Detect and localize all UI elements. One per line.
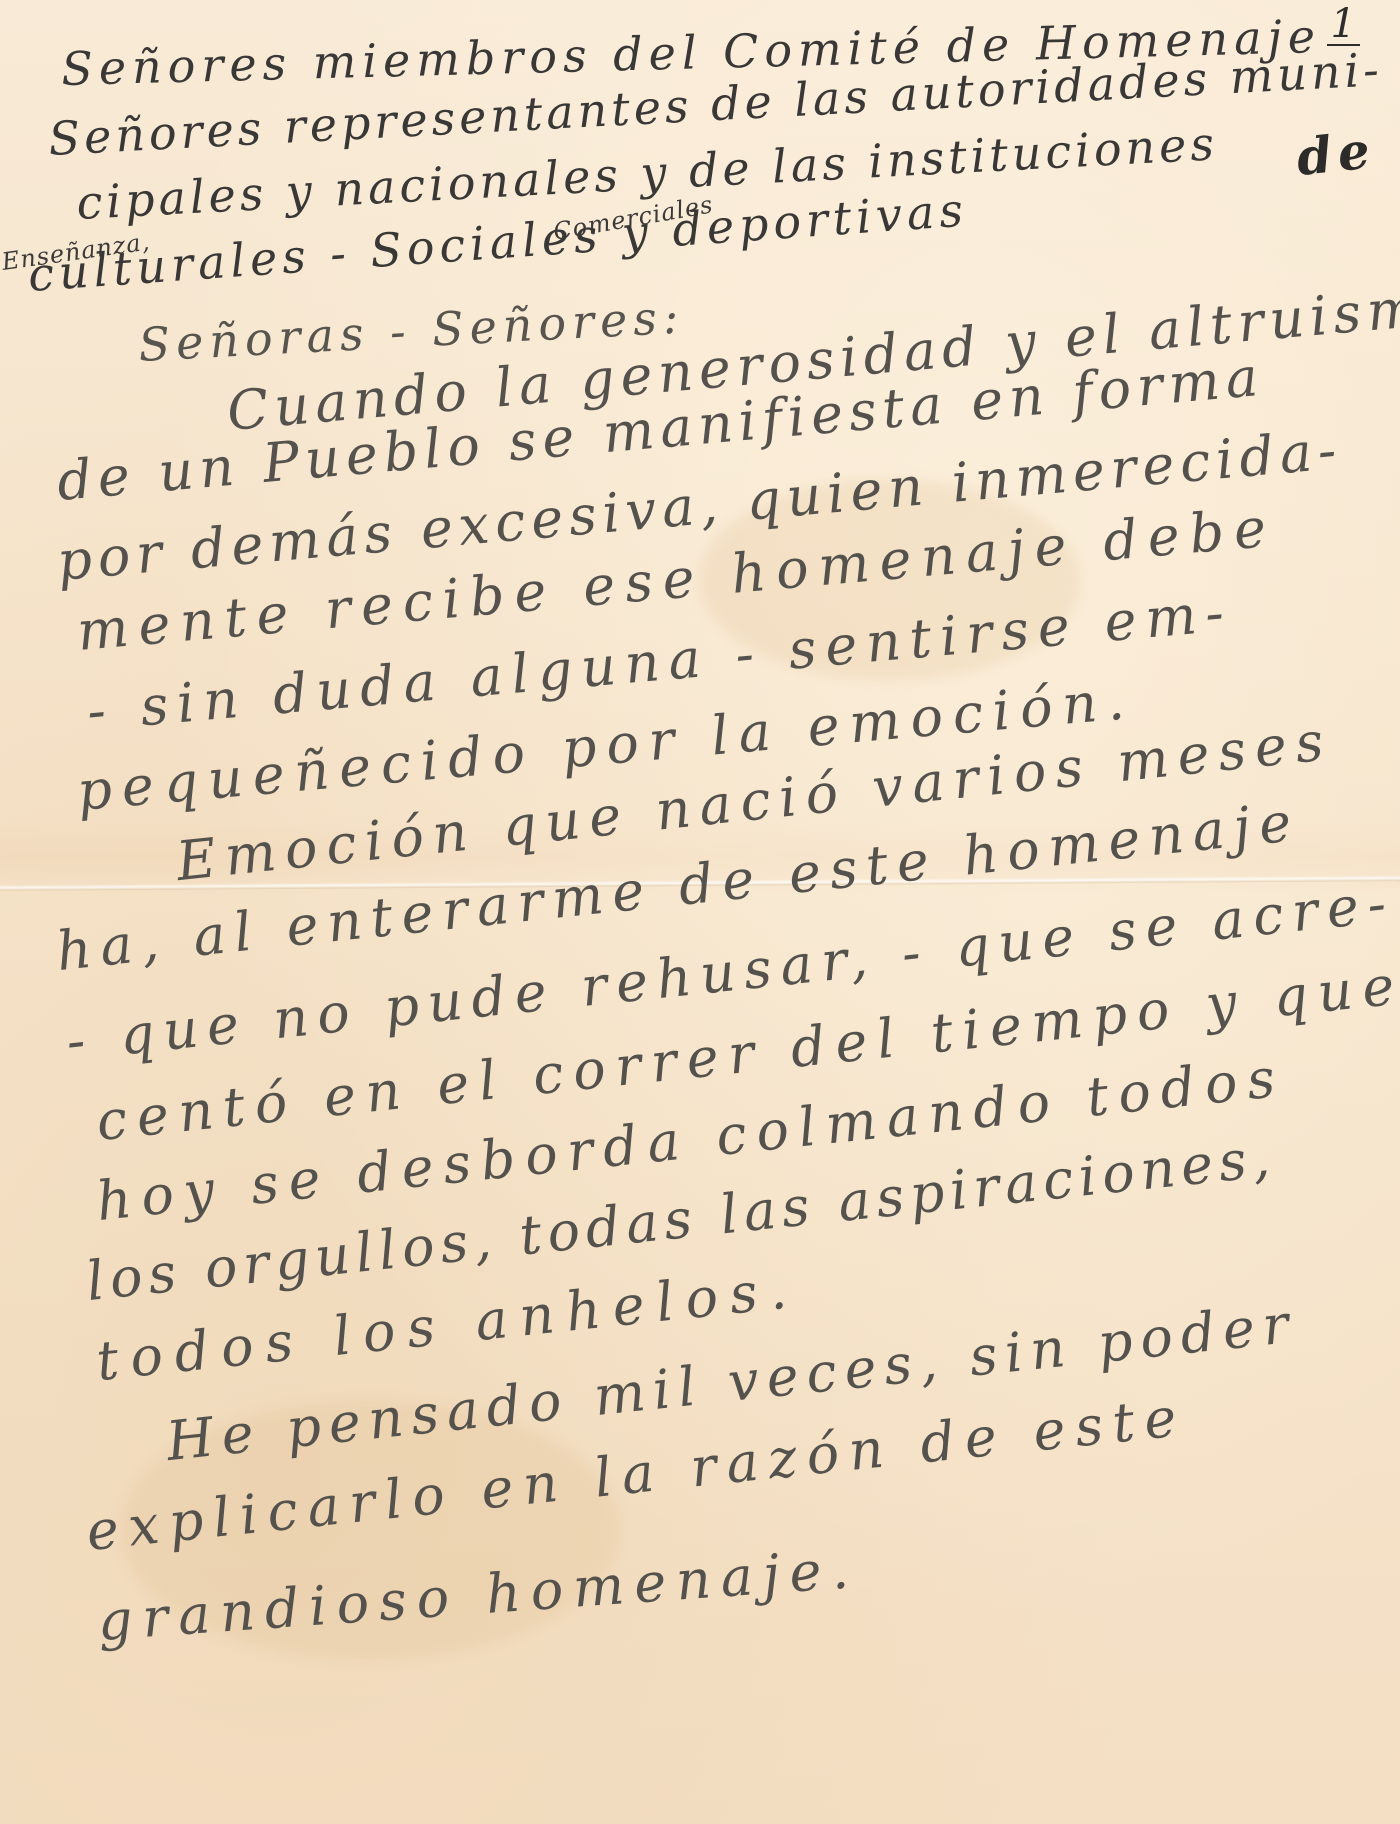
page-number: 1: [1327, 4, 1360, 46]
inserted-word-de: de: [1294, 120, 1379, 187]
letter-page: 1 Señores miembros del Comité de Homenaj…: [0, 0, 1400, 1824]
